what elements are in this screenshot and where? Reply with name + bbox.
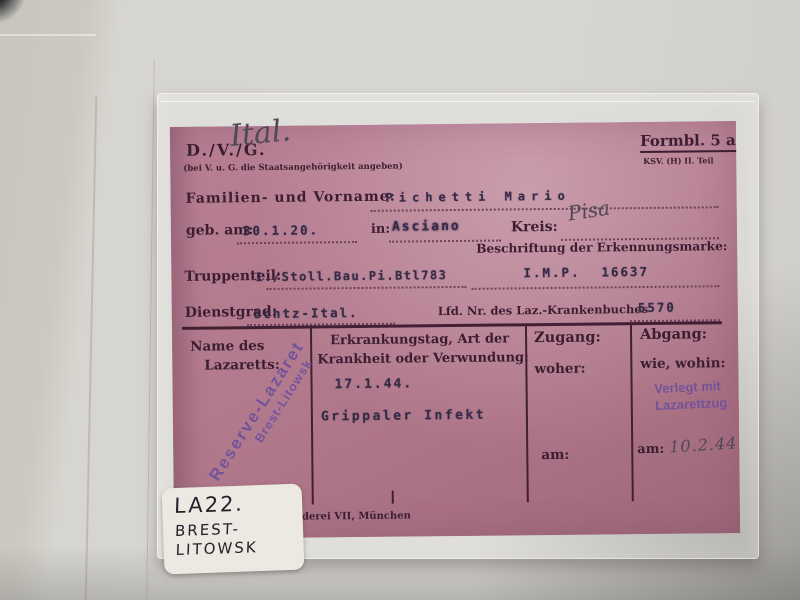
fold-mark xyxy=(392,491,394,504)
zugang-woher-label: woher: xyxy=(534,361,585,378)
dotted-line xyxy=(472,284,720,290)
id-tag-code: I.M.P. xyxy=(523,265,580,281)
abgang-header: Abgang: xyxy=(640,325,707,343)
backdrop-crease xyxy=(146,60,155,600)
col2-header-line2: Krankheit oder Verwundung: xyxy=(317,350,522,367)
district-label: Kreis: xyxy=(511,219,558,235)
dotted-line xyxy=(237,240,357,244)
birthplace-label: in: xyxy=(371,222,390,237)
dotted-line xyxy=(371,205,719,212)
district-value: Pisa xyxy=(566,196,611,226)
birth-value: 30.1.20. xyxy=(243,222,319,238)
medical-record-card: D./V./G. Ital. (bei V. u. G. die Staatsa… xyxy=(170,121,740,539)
transfer-stamp-line1: Verlegt mit xyxy=(654,378,727,396)
transfer-stamp: Verlegt mit Lazarettzug xyxy=(654,378,728,413)
category-handwritten-note: Ital. xyxy=(228,113,292,154)
transfer-stamp-line2: Lazarettzug xyxy=(655,395,728,413)
register-value: 5570 xyxy=(638,300,676,315)
backdrop-crease xyxy=(0,34,96,36)
sticker-line1: LA22. xyxy=(174,489,303,520)
name-value: Pichetti Mario xyxy=(386,189,571,205)
entry-date: 17.1.44. xyxy=(334,376,413,392)
col1-header-line1: Name des xyxy=(190,338,264,355)
col1-header-line2: Lazaretts: xyxy=(204,357,280,374)
sleeve-fold-line xyxy=(160,101,754,102)
col2-header-line1: Erkrankungstag, Art der xyxy=(317,331,522,348)
form-number: Formbl. 5 a xyxy=(640,131,736,153)
archive-sticker: LA22. BREST- LITOWSK xyxy=(162,484,305,575)
zugang-header: Zugang: xyxy=(534,328,601,346)
birthplace-value: Asciano xyxy=(392,219,461,235)
photo-backdrop: D./V./G. Ital. (bei V. u. G. die Staatsa… xyxy=(0,0,800,600)
form-reference: KSV. (H) II. Teil xyxy=(643,155,713,166)
printer-imprint: derei VII, München xyxy=(302,510,411,522)
name-label: Familien- und Vorname: xyxy=(186,189,396,207)
abgang-wie-wohin-label: wie, wohin: xyxy=(640,355,725,372)
abgang-am-value: 10.2.44 xyxy=(669,433,738,456)
entry-diagnosis: Grippaler Infekt xyxy=(321,408,486,425)
sticker-line3: LITOWSK xyxy=(175,537,304,560)
register-label: Lfd. Nr. des Laz.-Krankenbuches xyxy=(438,302,648,318)
category-note: (bei V. u. G. die Staatsangehörigkeit an… xyxy=(183,162,403,174)
id-tag-number: 16637 xyxy=(601,264,649,279)
table-column-rule xyxy=(630,325,634,501)
abgang-am-label: am: xyxy=(637,442,664,457)
zugang-am-label: am: xyxy=(541,447,569,463)
unit-value: 1./Stoll.Bau.Pi.Btl783 xyxy=(255,268,447,284)
dotted-line xyxy=(267,285,467,290)
backdrop-crease xyxy=(85,96,98,600)
id-tag-label: Beschriftung der Erkennungsmarke: xyxy=(476,239,727,256)
